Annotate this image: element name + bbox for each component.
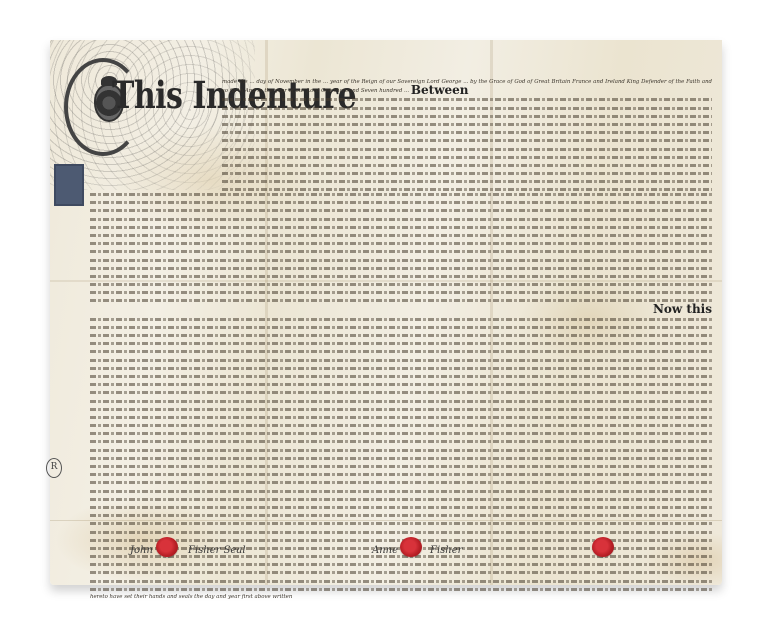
signature-first-name: Anne xyxy=(372,545,398,556)
duty-stamp xyxy=(54,164,84,206)
closing-line: hereto have set their hands and seals th… xyxy=(90,593,712,601)
signature-first-name: John xyxy=(130,545,153,556)
now-this-line: Now this xyxy=(90,305,712,315)
opening-text-block: made the ... day of November in the ... … xyxy=(222,78,712,194)
wax-seal-1 xyxy=(156,537,178,557)
wax-seal-3 xyxy=(592,537,614,557)
signature-last-name: Fisher Seal xyxy=(188,545,246,556)
wax-seal-2 xyxy=(400,537,422,557)
circle-stamp-mark: R xyxy=(46,458,62,478)
indenture-document: This Indenture R made the ... day of Nov… xyxy=(50,40,722,585)
signature-last-name: Fisher xyxy=(430,545,462,556)
signature-strip: John Fisher Seal Anne Fisher xyxy=(50,520,722,586)
